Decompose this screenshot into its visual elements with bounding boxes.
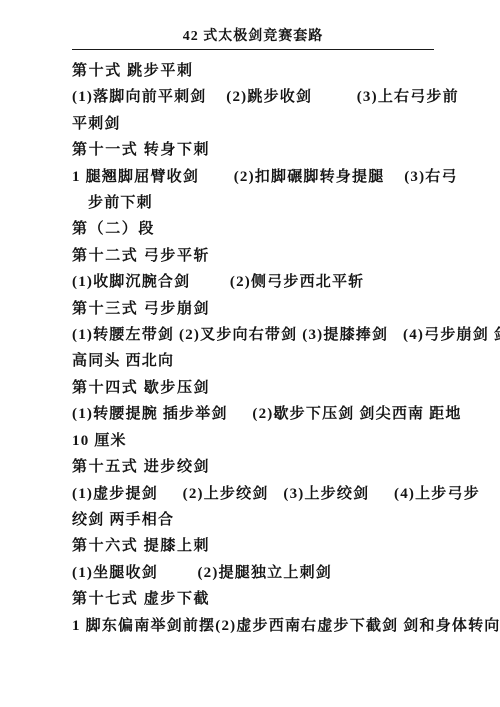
body-line: (1)收脚沉腕合剑 (2)侧弓步西北平斩: [72, 269, 434, 295]
section-heading: 第十七式 虚步下截: [72, 586, 434, 612]
document-page: 42 式太极剑竞赛套路 第十式 跳步平刺(1)落脚向前平刺剑 (2)跳步收剑 (…: [0, 0, 500, 707]
section-heading: 第十六式 提膝上刺: [72, 533, 434, 559]
body-line: 1 腿翘脚屈臂收剑 (2)扣脚碾脚转身提腿 (3)右弓: [72, 164, 434, 190]
body-line: 步前下刺: [72, 190, 434, 216]
section-heading: 第十式 跳步平刺: [72, 58, 434, 84]
body-line: (1)虚步提剑 (2)上步绞剑 (3)上步绞剑 (4)上步弓步: [72, 481, 434, 507]
body-line: 1 脚东偏南举剑前摆(2)虚步西南右虚步下截剑 剑和身体转向西: [72, 613, 434, 639]
body-line: 平刺剑: [72, 111, 434, 137]
document-title: 42 式太极剑竞赛套路: [72, 28, 434, 46]
document-header: 42 式太极剑竞赛套路: [72, 28, 434, 50]
section-heading: 第十五式 进步绞剑: [72, 454, 434, 480]
body-line: (1)转腰左带剑 (2)叉步向右带剑 (3)提膝捧剑 (4)弓步崩剑 剑尖: [72, 322, 434, 348]
body-line: 绞剑 两手相合: [72, 507, 434, 533]
section-heading: 第十一式 转身下刺: [72, 137, 434, 163]
body-line: (1)落脚向前平刺剑 (2)跳步收剑 (3)上右弓步前: [72, 84, 434, 110]
document-lines: 第十式 跳步平刺(1)落脚向前平刺剑 (2)跳步收剑 (3)上右弓步前平刺剑第十…: [72, 58, 434, 639]
body-line: 10 厘米: [72, 428, 434, 454]
section-heading: 第（二）段: [72, 216, 434, 242]
section-heading: 第十三式 弓步崩剑: [72, 296, 434, 322]
body-line: (1)转腰提腕 插步举剑 (2)歇步下压剑 剑尖西南 距地: [72, 401, 434, 427]
section-heading: 第十二式 弓步平斩: [72, 243, 434, 269]
body-line: 高同头 西北向: [72, 348, 434, 374]
section-heading: 第十四式 歇步压剑: [72, 375, 434, 401]
body-line: (1)坐腿收剑 (2)提腿独立上刺剑: [72, 560, 434, 586]
